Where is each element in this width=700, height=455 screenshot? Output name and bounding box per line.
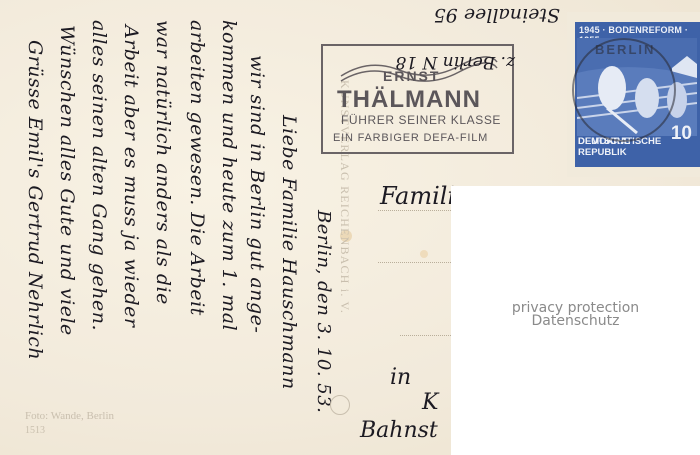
postmark-title: THÄLMANN <box>337 86 481 114</box>
photo-credit: Foto: Wande, Berlin <box>25 410 114 422</box>
message-line: Grüsse Emil's Gertrud Nehrlich <box>24 40 46 360</box>
cancel-postmark-text: BERLIN <box>595 42 655 57</box>
address-line-1: Famili <box>380 182 455 210</box>
privacy-overlay: privacy protection Datenschutz <box>451 186 700 455</box>
message-line: Arbeit aber es muss ja wieder <box>120 25 142 327</box>
sender-note: Steinallee 95 <box>360 4 560 26</box>
address-rule <box>400 335 455 336</box>
postmark-subtitle: FÜHRER SEINER KLASSE <box>341 113 501 127</box>
privacy-label-de: Datenschutz <box>451 313 700 329</box>
message-line: Liebe Familie Hauschmann <box>278 115 300 390</box>
message-line: wir sind in Berlin gut ange- <box>246 55 268 333</box>
message-line: war natürlich anders als die <box>152 20 174 305</box>
postcard-back: Liebe Familie Hauschmann wir sind in Ber… <box>0 0 700 455</box>
message-line: alles seinen alten Gang gehen. <box>88 20 110 331</box>
publisher-logo-icon <box>330 395 350 415</box>
message-line: kommen und heute zum 1. mal <box>218 20 240 331</box>
address-line-3: K <box>422 390 438 415</box>
address-line-4: Bahnst <box>360 418 438 443</box>
stain <box>420 250 428 258</box>
address-line-2: in <box>390 365 411 390</box>
photo-code: 1513 <box>25 425 45 436</box>
date-line: Berlin, den 3. 10. 53. <box>313 210 334 413</box>
address-rule <box>378 210 453 211</box>
message-line: arbeiten gewesen. Die Arbeit <box>186 20 208 316</box>
message-line: Wünschen alles Gute und viele <box>56 25 78 336</box>
postmark-footer: EIN FARBIGER DEFA-FILM <box>333 132 488 144</box>
address-rule <box>378 262 453 263</box>
sender-note-2: z. Berlin N 18 <box>345 52 515 72</box>
